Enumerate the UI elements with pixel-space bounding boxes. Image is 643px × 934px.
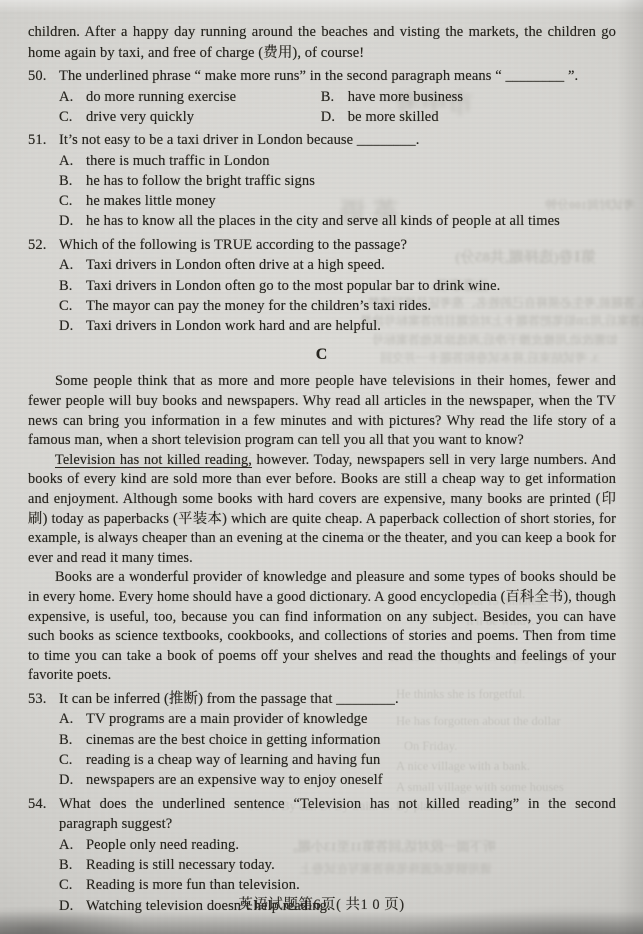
option-text: TV programs are a main provider of knowl… bbox=[86, 709, 616, 729]
option-text: cinemas are the best choice in getting i… bbox=[86, 730, 616, 750]
question-52: 52. Which of the following is TRUE accor… bbox=[28, 235, 616, 256]
option-text: Taxi drivers in London often go to the m… bbox=[86, 276, 616, 296]
option-row: D. he has to know all the places in the … bbox=[59, 211, 616, 231]
option-text: there is much traffic in London bbox=[86, 151, 616, 171]
option-text: People only need reading. bbox=[86, 835, 616, 855]
option-label: A. bbox=[59, 835, 86, 855]
option-text: Reading is still necessary today. bbox=[86, 855, 616, 875]
question-50-options: A. do more running exercise B. have more… bbox=[59, 87, 616, 128]
scanned-exam-page: 市中考英 语考试时间100分钟第Ⅰ卷(选择题,共85分)注意事项:1. 答题前,… bbox=[0, 0, 643, 934]
option-row: D. Taxi drivers in London work hard and … bbox=[59, 316, 616, 336]
option-row: C. reading is a cheap way of learning an… bbox=[59, 750, 616, 770]
question-number: 51. bbox=[28, 130, 59, 151]
option-label: B. bbox=[59, 171, 86, 191]
option-text: The mayor can pay the money for the chil… bbox=[86, 296, 616, 316]
option-row: C. drive very quickly bbox=[59, 107, 321, 127]
option-text: be more skilled bbox=[348, 107, 616, 127]
option-label: D. bbox=[59, 316, 86, 336]
question-stem: It can be inferred (推断) from the passage… bbox=[59, 689, 616, 710]
question-stem: The underlined phrase “ make more runs” … bbox=[59, 66, 616, 87]
option-row: B. Taxi drivers in London often go to th… bbox=[59, 276, 616, 296]
option-label: C. bbox=[59, 296, 86, 316]
question-number: 54. bbox=[28, 794, 59, 835]
option-label: C. bbox=[59, 191, 86, 211]
question-stem: Which of the following is TRUE according… bbox=[59, 235, 616, 256]
option-label: D. bbox=[59, 770, 86, 790]
question-54: 54. What does the underlined sentence “T… bbox=[28, 794, 616, 835]
page-footer: 英语试题第6页( 共1 0 页) bbox=[0, 893, 643, 914]
option-label: D. bbox=[59, 211, 86, 231]
question-50: 50. The underlined phrase “ make more ru… bbox=[28, 66, 616, 87]
question-51: 51. It’s not easy to be a taxi driver in… bbox=[28, 130, 616, 151]
option-row: A. there is much traffic in London bbox=[59, 151, 616, 171]
option-row: C. he makes little money bbox=[59, 191, 616, 211]
option-text: drive very quickly bbox=[86, 107, 321, 127]
option-label: A. bbox=[59, 151, 86, 171]
passage-paragraph-3: Books are a wonderful provider of knowle… bbox=[28, 568, 616, 686]
option-label: B. bbox=[321, 87, 348, 107]
option-text: Taxi drivers in London work hard and are… bbox=[86, 316, 616, 336]
question-52-options: A. Taxi drivers in London often drive at… bbox=[59, 255, 616, 336]
option-row: B. he has to follow the bright traffic s… bbox=[59, 171, 616, 191]
question-53: 53. It can be inferred (推断) from the pas… bbox=[28, 689, 616, 710]
question-53-options: A. TV programs are a main provider of kn… bbox=[59, 709, 616, 790]
option-text: reading is a cheap way of learning and h… bbox=[86, 750, 616, 770]
option-text: he has to know all the places in the cit… bbox=[86, 211, 616, 231]
question-stem: It’s not easy to be a taxi driver in Lon… bbox=[59, 130, 616, 151]
question-51-options: A. there is much traffic in London B. he… bbox=[59, 151, 616, 232]
page-content: children. After a happy day running arou… bbox=[0, 0, 643, 934]
option-row: A. do more running exercise bbox=[59, 87, 321, 107]
option-row: D. newspapers are an expensive way to en… bbox=[59, 770, 616, 790]
option-label: B. bbox=[59, 855, 86, 875]
section-heading: C bbox=[28, 345, 616, 365]
option-label: B. bbox=[59, 276, 86, 296]
option-text: have more business bbox=[348, 87, 616, 107]
intro-paragraph: children. After a happy day running arou… bbox=[28, 22, 616, 63]
option-row: D. be more skilled bbox=[321, 107, 616, 127]
underlined-sentence: Television has not killed reading, bbox=[55, 452, 252, 468]
option-row: B. cinemas are the best choice in gettin… bbox=[59, 730, 616, 750]
option-row: A. TV programs are a main provider of kn… bbox=[59, 709, 616, 729]
option-label: B. bbox=[59, 730, 86, 750]
option-text: he has to follow the bright traffic sign… bbox=[86, 171, 616, 191]
option-text: he makes little money bbox=[86, 191, 616, 211]
option-text: newspapers are an expensive way to enjoy… bbox=[86, 770, 616, 790]
option-text: do more running exercise bbox=[86, 87, 321, 107]
option-label: A. bbox=[59, 709, 86, 729]
question-number: 53. bbox=[28, 689, 59, 710]
option-row: A. People only need reading. bbox=[59, 835, 616, 855]
question-number: 50. bbox=[28, 66, 59, 87]
option-label: C. bbox=[59, 750, 86, 770]
option-row: C. The mayor can pay the money for the c… bbox=[59, 296, 616, 316]
question-stem: What does the underlined sentence “Telev… bbox=[59, 794, 616, 835]
option-row: B. have more business bbox=[321, 87, 616, 107]
option-label: A. bbox=[59, 255, 86, 275]
option-row: A. Taxi drivers in London often drive at… bbox=[59, 255, 616, 275]
passage-paragraph-1: Some people think that as more and more … bbox=[28, 372, 616, 450]
passage-paragraph-2-rest: however. Today, newspapers sell in very … bbox=[28, 452, 616, 566]
option-text: Taxi drivers in London often drive at a … bbox=[86, 255, 616, 275]
option-label: C. bbox=[59, 107, 86, 127]
option-label: D. bbox=[321, 107, 348, 127]
passage-paragraph-2: Television has not killed reading, howev… bbox=[28, 451, 616, 569]
option-label: A. bbox=[59, 87, 86, 107]
question-number: 52. bbox=[28, 235, 59, 256]
option-row: B. Reading is still necessary today. bbox=[59, 855, 616, 875]
